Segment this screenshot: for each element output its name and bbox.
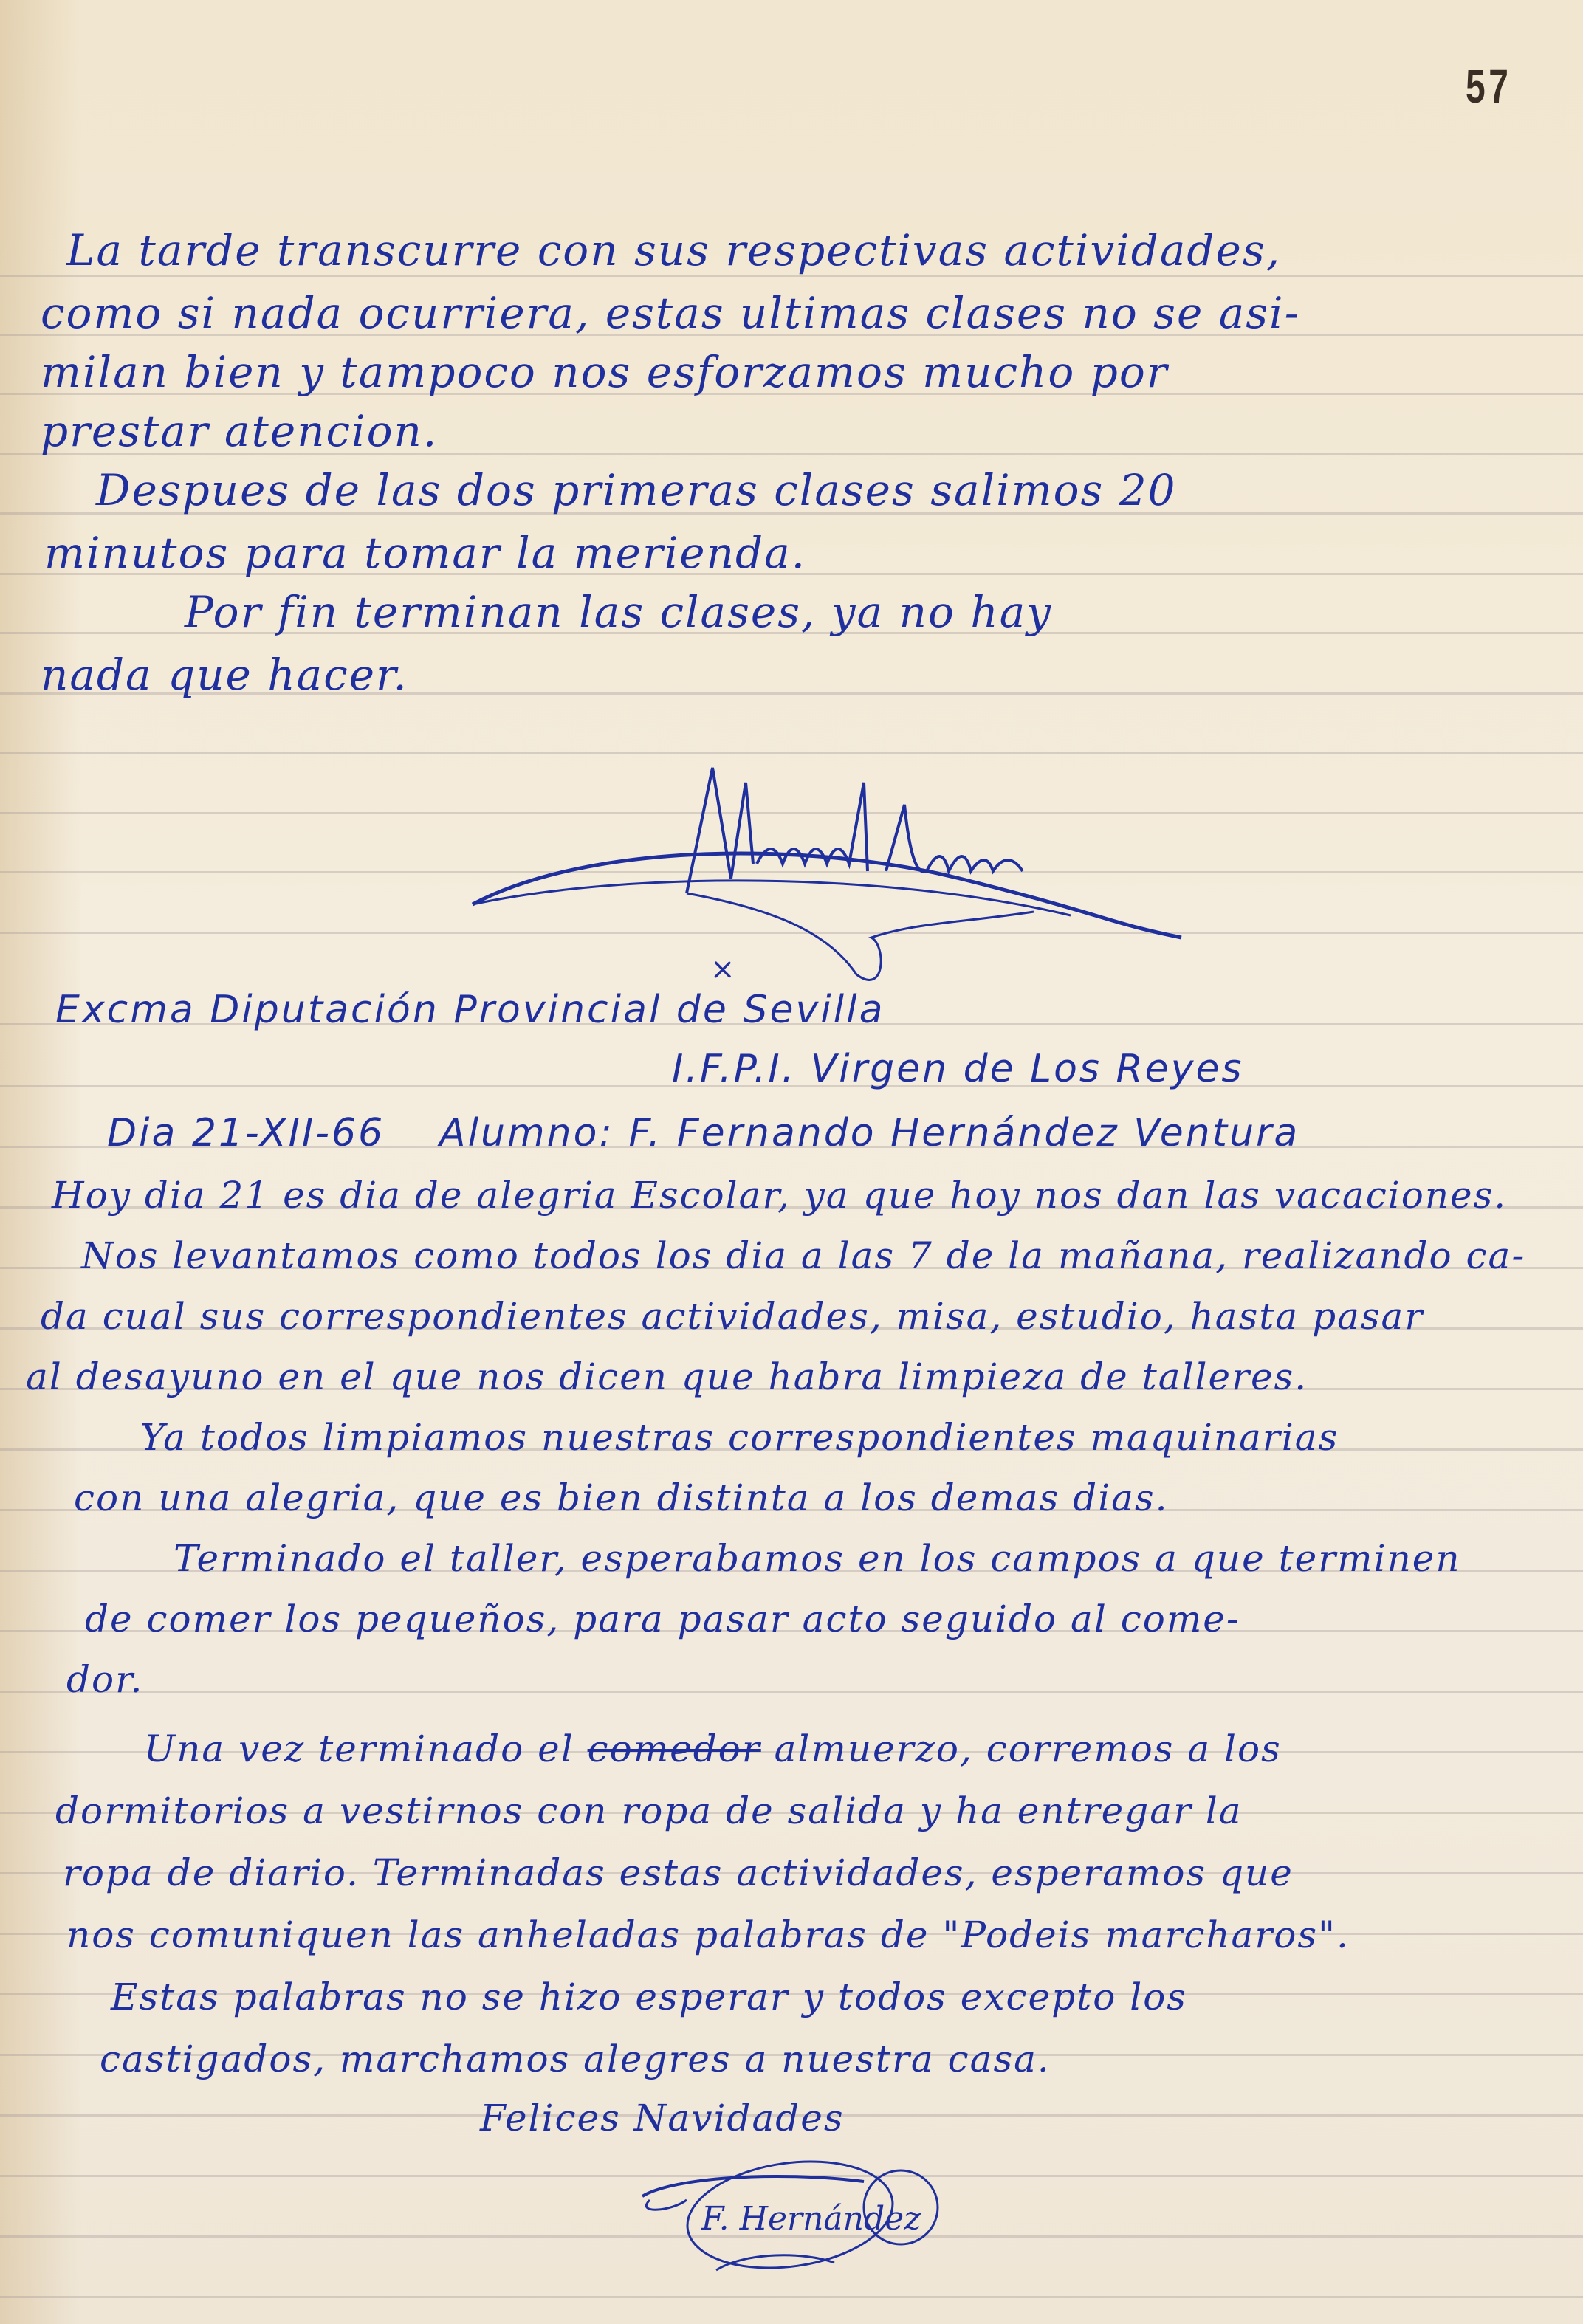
- entry-2-line-with-correction: Una vez terminado el comedor almuerzo, c…: [144, 1727, 1282, 1770]
- entry-2-line: Hoy dia 21 es dia de alegria Escolar, ya…: [52, 1174, 1507, 1217]
- student-name: Alumno: F. Fernando Hernández Ventura: [439, 1111, 1299, 1155]
- entry-2-line: Ya todos limpiamos nuestras correspondie…: [140, 1416, 1339, 1459]
- entry-2-line: Terminado el taller, esperabamos en los …: [174, 1537, 1461, 1580]
- signature-manuel-herrera: [443, 753, 1218, 989]
- entry-1-line: Despues de las dos primeras clases salim…: [96, 465, 1177, 515]
- entry-2-line: Nos levantamos como todos los dia a las …: [81, 1234, 1525, 1277]
- entry-1-line: como si nada ocurriera, estas ultimas cl…: [41, 288, 1300, 338]
- notebook-page: 57 La tarde transcurre con sus respectiv…: [0, 0, 1583, 2324]
- entry-1-line: milan bien y tampoco nos esforzamos much…: [41, 347, 1168, 397]
- entry-2-line: al desayuno en el que nos dicen que habr…: [26, 1355, 1308, 1398]
- signature-f-hernandez: F. Hernández: [628, 2141, 982, 2318]
- text-segment: almuerzo, corremos a los: [761, 1727, 1282, 1770]
- closing-greeting: Felices Navidades: [480, 2097, 845, 2139]
- entry-2-line: ropa de diario. Terminadas estas activid…: [63, 1852, 1294, 1894]
- entry-1-line: nada que hacer.: [41, 650, 408, 700]
- ruled-line: [0, 1691, 1583, 1693]
- entry-2-line: con una alegria, que es bien distinta a …: [74, 1476, 1169, 1519]
- entry-1-line: Por fin terminan las clases, ya no hay: [185, 587, 1052, 637]
- entry-1-line: prestar atencion.: [41, 406, 438, 456]
- entry-1-line: minutos para tomar la merienda.: [44, 528, 806, 578]
- entry-2-line: Estas palabras no se hizo esperar y todo…: [111, 1976, 1187, 2018]
- entry-1-line: La tarde transcurre con sus respectivas …: [66, 225, 1281, 275]
- entry-2-line: da cual sus correspondientes actividades…: [41, 1295, 1424, 1338]
- page-number: 57: [1466, 59, 1511, 114]
- entry-2-line: dor.: [66, 1658, 143, 1701]
- signature-text: F. Hernández: [701, 2200, 921, 2238]
- struck-word: comedor: [588, 1727, 761, 1770]
- entry-2-line: nos comuniquen las anheladas palabras de…: [66, 1914, 1350, 1956]
- institution-header: Excma Diputación Provincial de Sevilla: [55, 988, 885, 1032]
- entry-2-line: castigados, marchamos alegres a nuestra …: [100, 2038, 1051, 2080]
- separator-x-mark: ×: [710, 952, 735, 986]
- text-segment: Una vez terminado el: [144, 1727, 588, 1770]
- entry-2-line: dormitorios a vestirnos con ropa de sali…: [55, 1790, 1243, 1832]
- school-name: I.F.P.I. Virgen de Los Reyes: [672, 1047, 1244, 1091]
- entry-2-line: de comer los pequeños, para pasar acto s…: [85, 1598, 1240, 1640]
- entry-date: Dia 21-XII-66: [107, 1111, 385, 1155]
